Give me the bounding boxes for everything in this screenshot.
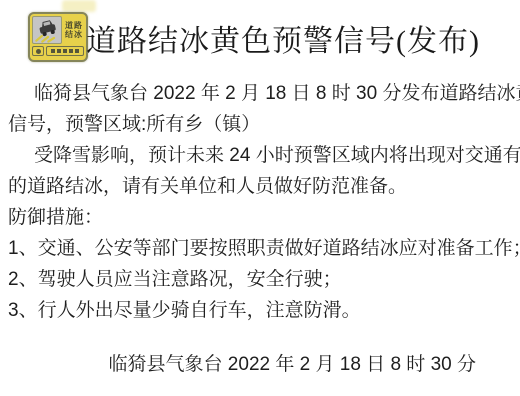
car-skidding-pictogram-icon	[32, 16, 62, 44]
road-icing-yellow-warning-icon: 道路 结冰	[28, 12, 88, 62]
issuer-emblem-icon	[32, 46, 44, 56]
measure-item-3: 3、行人外出尽量少骑自行车，注意防滑。	[8, 295, 514, 326]
body-line: 受降雪影响，预计未来 24 小时预警区域内将出现对交通有影响	[8, 140, 514, 171]
body-line: 信号，预警区域:所有乡（镇）	[8, 109, 514, 140]
defense-measures-heading: 防御措施：	[8, 202, 514, 233]
measure-item-2: 2、驾驶人员应当注意路况，安全行驶；	[8, 264, 514, 295]
body-line: 的道路结冰，请有关单位和人员做好防范准备。	[8, 171, 514, 202]
page-title: 道路结冰黄色预警信号(发布)	[86, 24, 516, 60]
icon-warning-name-text: 道路 结冰	[64, 16, 84, 44]
jpeg-ghost-artifact	[62, 0, 96, 12]
icon-caption-microtext	[46, 46, 84, 56]
issuer-signature: 临猗县气象台 2022 年 2 月 18 日 8 时 30 分	[0, 349, 520, 380]
measure-item-1: 1、交通、公安等部门要按照职责做好道路结冰应对准备工作；	[8, 233, 514, 264]
warning-notice-page: 道路 结冰 道路结冰黄色预警信号(发布) 临猗县气象台 2022 年 2 月 1…	[0, 0, 520, 396]
body-line: 临猗县气象台 2022 年 2 月 18 日 8 时 30 分发布道路结冰黄色预…	[8, 78, 514, 109]
icon-name-line2: 结冰	[65, 30, 83, 39]
icon-name-line1: 道路	[65, 21, 83, 30]
notice-body: 临猗县气象台 2022 年 2 月 18 日 8 时 30 分发布道路结冰黄色预…	[8, 78, 514, 326]
